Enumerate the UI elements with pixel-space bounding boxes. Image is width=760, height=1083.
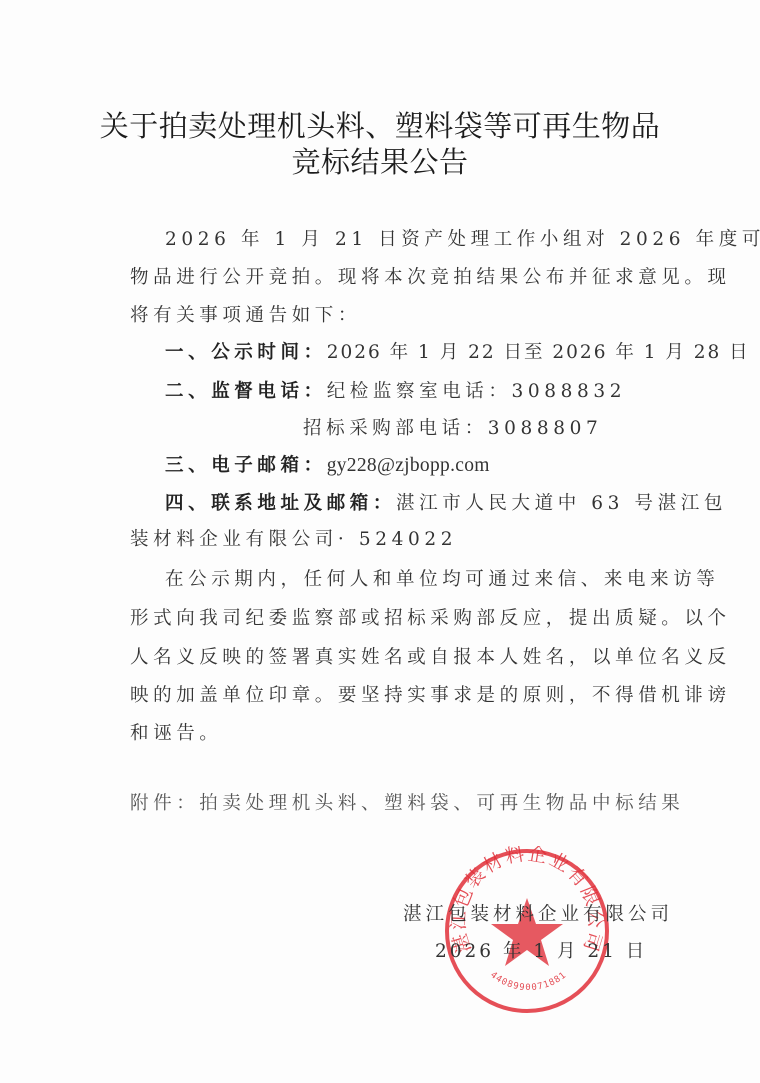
- intro-line-3: 将有关事项通告如下：: [130, 304, 650, 328]
- email-row: 三、电子邮箱：gy228@zjbopp.com: [165, 454, 685, 478]
- discipline-phone: 纪检监察室电话：3088832: [327, 381, 626, 402]
- supervision-phone-row: 二、监督电话：纪检监察室电话：3088832: [165, 380, 685, 404]
- notice-line-3: 人名义反映的签署真实姓名或自报本人姓名，以单位名义反: [130, 646, 650, 670]
- notice-line-1: 在公示期内，任何人和单位均可通过来信、来电来访等: [165, 568, 685, 592]
- address-value-line-1: 湛江市人民大道中 63 号湛江包: [396, 493, 727, 514]
- notice-line-2: 形式向我司纪委监察部或招标采购部反应，提出质疑。以个: [130, 607, 650, 631]
- attachment-line: 附件：拍卖处理机头料、塑料袋、可再生物品中标结果: [130, 792, 650, 816]
- intro-line-2: 物品进行公开竞拍。现将本次竞拍结果公布并征求意见。现: [130, 266, 650, 290]
- publicity-time-row: 一、公示时间：2026 年 1 月 22 日至 2026 年 1 月 28 日: [165, 341, 685, 365]
- document-title-line-1: 关于拍卖处理机头料、塑料袋等可再生物品: [0, 106, 760, 146]
- company-seal-stamp: 湛江包装材料企业有限公司 4408990071881: [442, 846, 612, 1016]
- email-value[interactable]: gy228@zjbopp.com: [327, 455, 490, 476]
- notice-line-5: 和诬告。: [130, 722, 650, 746]
- document-title-line-2: 竞标结果公告: [0, 142, 760, 182]
- address-label: 四、联系地址及邮箱：: [165, 493, 396, 514]
- signature-company: 湛江包装材料企业有限公司: [403, 900, 673, 926]
- document-page: 关于拍卖处理机头料、塑料袋等可再生物品 竞标结果公告 2026 年 1 月 21…: [0, 0, 760, 1083]
- supervision-phone-label: 二、监督电话：: [165, 381, 327, 402]
- publicity-time-label: 一、公示时间：: [165, 342, 327, 363]
- intro-line-1: 2026 年 1 月 21 日资产处理工作小组对 2026 年度可再生: [165, 228, 685, 252]
- signature-date: 2026 年 1 月 21 日: [435, 937, 647, 963]
- address-row: 四、联系地址及邮箱：湛江市人民大道中 63 号湛江包: [165, 492, 685, 516]
- notice-line-4: 映的加盖单位印章。要坚持实事求是的原则，不得借机诽谤: [130, 684, 650, 708]
- publicity-time-value: 2026 年 1 月 22 日至 2026 年 1 月 28 日: [327, 342, 750, 363]
- email-label: 三、电子邮箱：: [165, 455, 327, 476]
- address-value-line-2: 装材料企业有限公司· 524022: [130, 528, 650, 552]
- svg-text:4408990071881: 4408990071881: [488, 970, 569, 993]
- procurement-phone: 招标采购部电话：3088807: [303, 417, 760, 441]
